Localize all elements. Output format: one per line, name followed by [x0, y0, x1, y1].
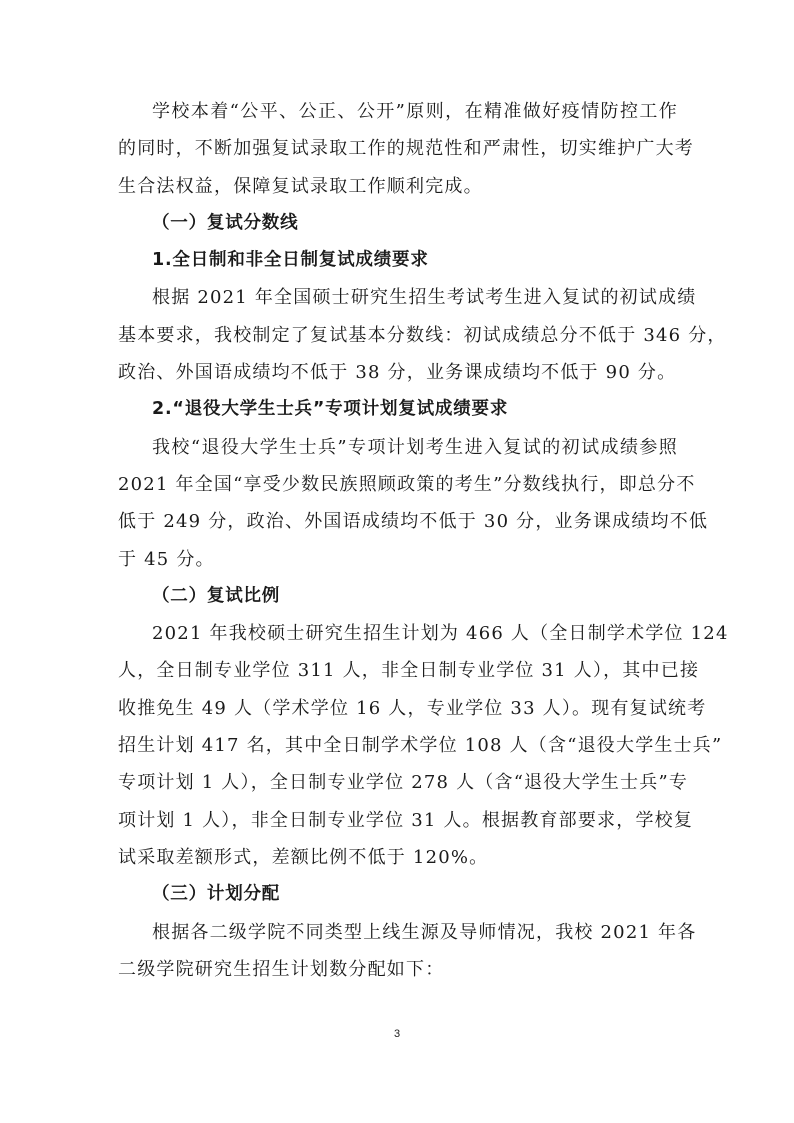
page-number: 3 — [0, 1028, 794, 1040]
paragraph-line: 根据 2021 年全国硕士研究生招生考试考生进入复试的初试成绩 — [118, 279, 678, 316]
paragraph-line: 项计划 1 人），非全日制专业学位 31 人。根据教育部要求，学校复 — [118, 802, 678, 839]
paragraph-line: 基本要求，我校制定了复试基本分数线：初试成绩总分不低于 346 分， — [118, 317, 678, 354]
paragraph-line: 2021 年我校硕士研究生招生计划为 466 人（全日制学术学位 124 — [118, 615, 678, 652]
document-page: 学校本着“公平、公正、公开”原则，在精准做好疫情防控工作 的同时，不断加强复试录… — [118, 93, 678, 988]
paragraph-line: 人，全日制专业学位 311 人，非全日制专业学位 31 人），其中已接 — [118, 652, 678, 689]
paragraph-line: 根据各二级学院不同类型上线生源及导师情况，我校 2021 年各 — [118, 914, 678, 951]
paragraph-line: 政治、外国语成绩均不低于 38 分，业务课成绩均不低于 90 分。 — [118, 354, 678, 391]
paragraph-line: 试采取差额形式，差额比例不低于 120%。 — [118, 839, 678, 876]
paragraph-line: 低于 249 分，政治、外国语成绩均不低于 30 分，业务课成绩均不低 — [118, 503, 678, 540]
section-1-heading: （一）复试分数线 — [118, 205, 678, 242]
subsection-2-heading: 2.“退役大学生士兵”专项计划复试成绩要求 — [118, 391, 678, 428]
paragraph-line: 我校“退役大学生士兵”专项计划考生进入复试的初试成绩参照 — [118, 429, 678, 466]
paragraph-line: 专项计划 1 人），全日制专业学位 278 人（含“退役大学生士兵”专 — [118, 764, 678, 801]
section-3-heading: （三）计划分配 — [118, 876, 678, 913]
intro-line-2: 的同时，不断加强复试录取工作的规范性和严肃性，切实维护广大考 — [118, 130, 678, 167]
subsection-1-heading: 1.全日制和非全日制复试成绩要求 — [118, 242, 678, 279]
paragraph-line: 二级学院研究生招生计划数分配如下： — [118, 951, 678, 988]
paragraph-line: 2021 年全国“享受少数民族照顾政策的考生”分数线执行，即总分不 — [118, 466, 678, 503]
paragraph-line: 招生计划 417 名，其中全日制学术学位 108 人（含“退役大学生士兵” — [118, 727, 678, 764]
intro-line-3: 生合法权益，保障复试录取工作顺利完成。 — [118, 168, 678, 205]
intro-line-1: 学校本着“公平、公正、公开”原则，在精准做好疫情防控工作 — [118, 93, 678, 130]
paragraph-line: 收推免生 49 人（学术学位 16 人，专业学位 33 人）。现有复试统考 — [118, 690, 678, 727]
paragraph-line: 于 45 分。 — [118, 541, 678, 578]
section-2-heading: （二）复试比例 — [118, 578, 678, 615]
